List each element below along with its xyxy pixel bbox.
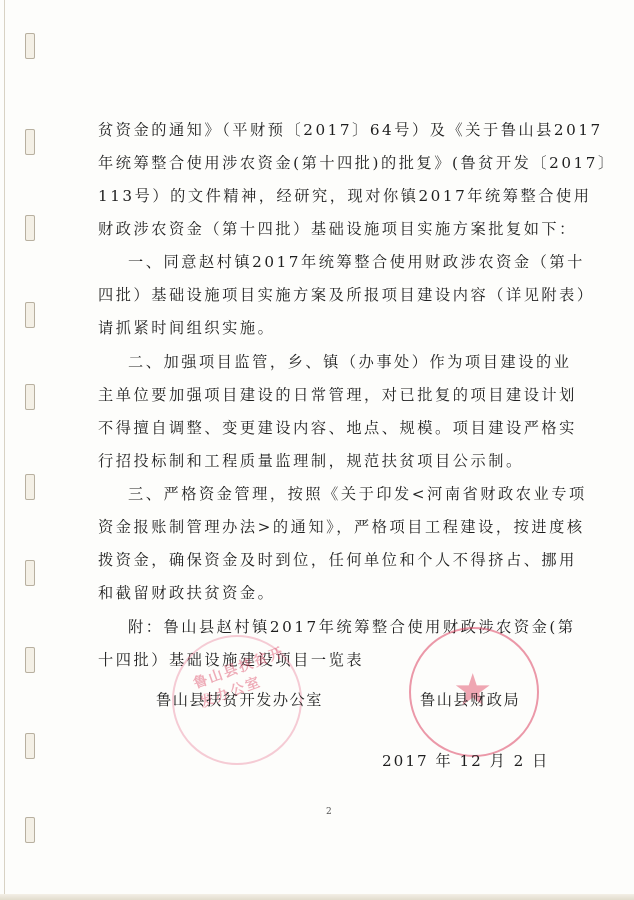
intro-line-3: 113号）的文件精神，经研究，现对你镇2017年统筹整合使用 xyxy=(98,186,566,206)
binding-hole-icon xyxy=(25,560,35,586)
item2-line-1: 二、加强项目监管，乡、镇（办事处）作为项目建设的业 xyxy=(128,352,566,372)
item3-line-1: 三、严格资金管理，按照《关于印发<河南省财政农业专项 xyxy=(128,484,566,504)
binding-hole-icon xyxy=(25,33,35,59)
item3-line-4: 和截留财政扶贫资金。 xyxy=(98,583,566,603)
binding-hole-icon xyxy=(25,474,35,500)
page-bottom-edge xyxy=(0,894,634,900)
binding-hole-icon xyxy=(25,647,35,673)
signature-poverty-office: 鲁山县扶贫开发办公室 xyxy=(156,689,323,710)
binding-hole-icon xyxy=(25,215,35,241)
page-number: 2 xyxy=(326,807,332,817)
binding-hole-icon xyxy=(25,302,35,328)
item2-line-2: 主单位要加强项目建设的日常管理，对已批复的项目建设计划 xyxy=(98,385,566,405)
signature-finance-bureau: 鲁山县财政局 xyxy=(420,689,520,710)
intro-line-2: 年统筹整合使用涉农资金(第十四批)的批复》(鲁贫开发〔2017〕 xyxy=(98,153,566,173)
binding-hole-icon xyxy=(25,733,35,759)
page-left-edge xyxy=(4,0,5,900)
item2-line-3: 不得擅自调整、变更建设内容、地点、规模。项目建设严格实 xyxy=(98,418,566,438)
item1-line-3: 请抓紧时间组织实施。 xyxy=(98,318,566,338)
item3-line-3: 拨资金，确保资金及时到位，任何单位和个人不得挤占、挪用 xyxy=(98,550,566,570)
item1-line-2: 四批）基础设施项目实施方案及所报项目建设内容（详见附表） xyxy=(98,285,566,305)
binding-hole-icon xyxy=(25,384,35,410)
item2-line-4: 行招投标制和工程质量监理制，规范扶贫项目公示制。 xyxy=(98,451,566,471)
intro-line-1: 贫资金的通知》（平财预〔2017〕64号）及《关于鲁山县2017 xyxy=(98,120,566,140)
document-date: 2017 年 12 月 2 日 xyxy=(382,750,549,771)
intro-line-4: 财政涉农资金（第十四批）基础设施项目实施方案批复如下： xyxy=(98,219,566,239)
binding-hole-icon xyxy=(25,817,35,843)
item1-line-1: 一、同意赵村镇2017年统筹整合使用财政涉农资金（第十 xyxy=(128,252,566,272)
item3-line-2: 资金报账制管理办法>的通知》，严格项目工程建设，按进度核 xyxy=(98,517,566,537)
binding-hole-icon xyxy=(25,129,35,155)
